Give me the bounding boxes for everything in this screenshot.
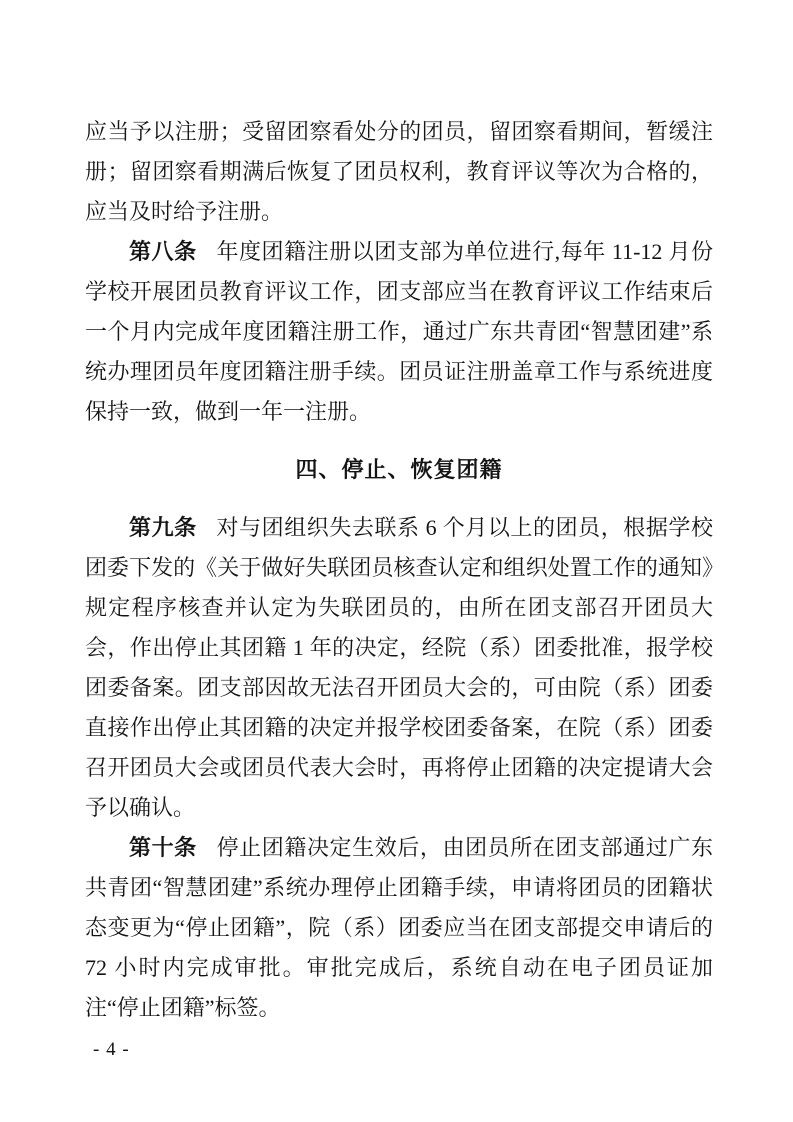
page-number: - 4 - xyxy=(93,1040,130,1060)
paragraph-article-8: 第八条年度团籍注册以团支部为单位进行,每年 11-12 月份学校开展团员教育评议… xyxy=(85,232,713,432)
paragraph-article-10: 第十条停止团籍决定生效后，由团员所在团支部通过广东共青团“智慧团建”系统办理停止… xyxy=(85,828,713,1028)
paragraph-article-9: 第九条对与团组织失去联系 6 个月以上的团员，根据学校团委下发的《关于做好失联团… xyxy=(85,508,713,828)
article-9-text: 对与团组织失去联系 6 个月以上的团员，根据学校团委下发的《关于做好失联团员核查… xyxy=(85,515,713,820)
article-10-text: 停止团籍决定生效后，由团员所在团支部通过广东共青团“智慧团建”系统办理停止团籍手… xyxy=(85,835,713,1020)
article-10-label: 第十条 xyxy=(129,835,197,860)
document-body: 应当予以注册；受留团察看处分的团员，留团察看期间，暂缓注册；留团察看期满后恢复了… xyxy=(85,112,713,1028)
article-8-label: 第八条 xyxy=(129,239,197,264)
article-8-text: 年度团籍注册以团支部为单位进行,每年 11-12 月份学校开展团员教育评议工作，… xyxy=(85,239,713,424)
article-9-label: 第九条 xyxy=(129,515,197,540)
document-page: 应当予以注册；受留团察看处分的团员，留团察看期间，暂缓注册；留团察看期满后恢复了… xyxy=(0,0,793,1122)
paragraph-continuation: 应当予以注册；受留团察看处分的团员，留团察看期间，暂缓注册；留团察看期满后恢复了… xyxy=(85,112,713,232)
section-heading: 四、停止、恢复团籍 xyxy=(85,450,713,490)
